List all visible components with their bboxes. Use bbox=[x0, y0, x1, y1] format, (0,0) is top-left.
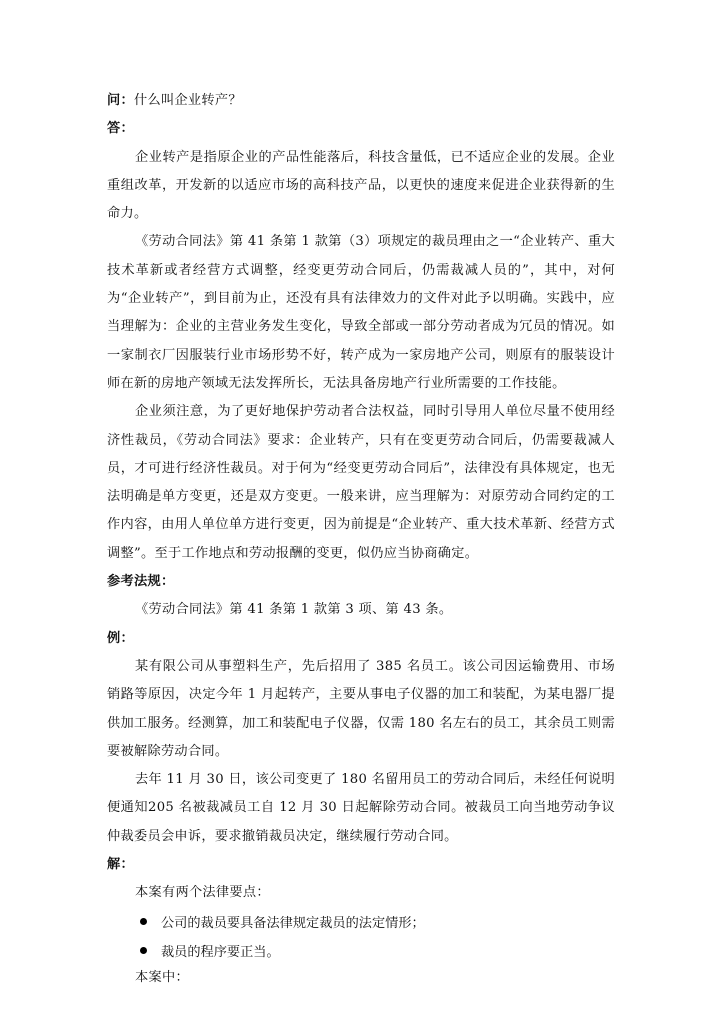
question-line: 问：什么叫企业转产？ bbox=[107, 87, 615, 115]
bullet-text: 公司的裁员要具备法律规定裁员的法定情形； bbox=[161, 912, 425, 931]
bullet-icon bbox=[140, 947, 147, 954]
references-label: 参考法规： bbox=[107, 568, 615, 596]
case-lead: 本案中： bbox=[107, 964, 615, 992]
bullet-text: 裁员的程序要正当。 bbox=[161, 941, 280, 960]
answer-paragraph-1: 企业转产是指原企业的产品性能落后，科技含量低，已不适应企业的发展。企业重组改革，… bbox=[107, 144, 615, 229]
example-paragraph-2: 去年 11 月 30 日，该公司变更了 180 名留用员工的劳动合同后，未经任何… bbox=[107, 766, 615, 851]
document-page: 问：什么叫企业转产？ 答： 企业转产是指原企业的产品性能落后，科技含量低，已不适… bbox=[107, 87, 615, 993]
solution-label: 解： bbox=[107, 851, 615, 879]
answer-paragraph-3: 企业须注意，为了更好地保护劳动者合法权益，同时引导用人单位尽量不使用经济性裁员，… bbox=[107, 398, 615, 568]
references-text: 《劳动合同法》第 41 条第 1 款第 3 项、第 43 条。 bbox=[107, 596, 615, 624]
solution-intro: 本案有两个法律要点： bbox=[107, 879, 615, 907]
answer-paragraph-2: 《劳动合同法》第 41 条第 1 款第（3）项规定的裁员理由之一“企业转产、重大… bbox=[107, 228, 615, 398]
bullet-item-2: 裁员的程序要正当。 bbox=[107, 936, 615, 964]
question-text: 什么叫企业转产？ bbox=[134, 93, 242, 108]
bullet-item-1: 公司的裁员要具备法律规定裁员的法定情形； bbox=[107, 908, 615, 936]
answer-label: 答： bbox=[107, 115, 615, 143]
bullet-icon bbox=[140, 918, 147, 925]
example-label: 例： bbox=[107, 625, 615, 653]
example-paragraph-1: 某有限公司从事塑料生产，先后招用了 385 名员工。该公司因运输费用、市场销路等… bbox=[107, 653, 615, 766]
question-label: 问： bbox=[107, 93, 134, 108]
